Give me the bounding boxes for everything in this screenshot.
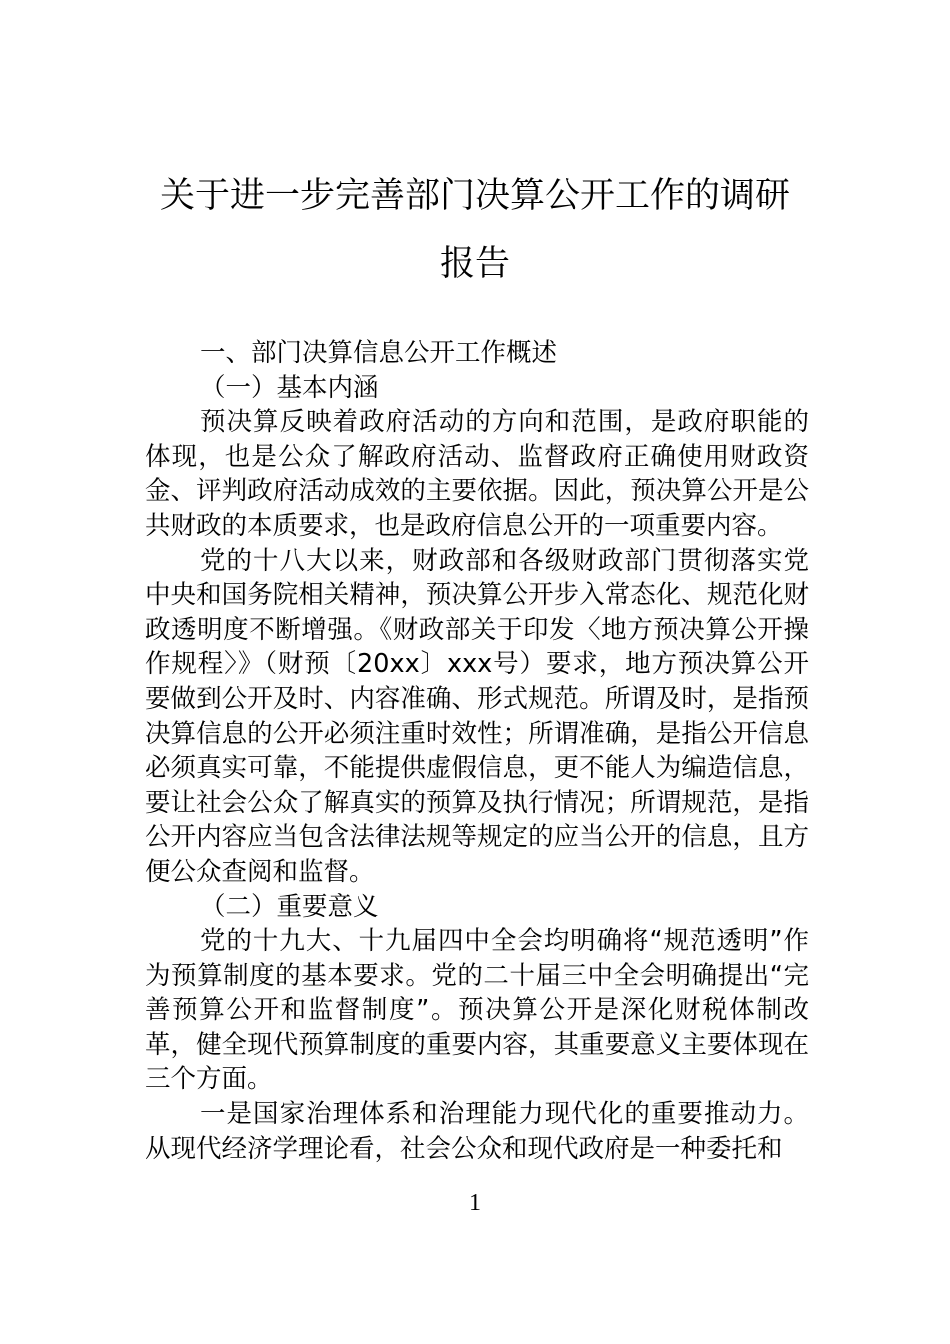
- document-body: 一、部门决算信息公开工作概述 （一）基本内涵 预决算反映着政府活动的方向和范围，…: [145, 336, 809, 1166]
- document-page: 关于进一步完善部门决算公开工作的调研 报告 一、部门决算信息公开工作概述 （一）…: [0, 0, 950, 1344]
- body-paragraph: 一是国家治理体系和治理能力现代化的重要推动力。从现代经济学理论看，社会公众和现代…: [145, 1097, 809, 1166]
- body-paragraph: 党的十八大以来，财政部和各级财政部门贯彻落实党中央和国务院相关精神，预决算公开步…: [145, 544, 809, 890]
- subsection-heading-1: （一）基本内涵: [145, 371, 809, 406]
- body-paragraph: 党的十九大、十九届四中全会均明确将“规范透明”作为预算制度的基本要求。党的二十届…: [145, 924, 809, 1097]
- document-title-line-1: 关于进一步完善部门决算公开工作的调研: [145, 176, 805, 216]
- document-title-line-2: 报告: [145, 244, 805, 284]
- page-number: 1: [0, 1190, 950, 1217]
- section-heading-1: 一、部门决算信息公开工作概述: [145, 336, 809, 371]
- body-paragraph: 预决算反映着政府活动的方向和范围，是政府职能的体现，也是公众了解政府活动、监督政…: [145, 405, 809, 543]
- subsection-heading-2: （二）重要意义: [145, 890, 809, 925]
